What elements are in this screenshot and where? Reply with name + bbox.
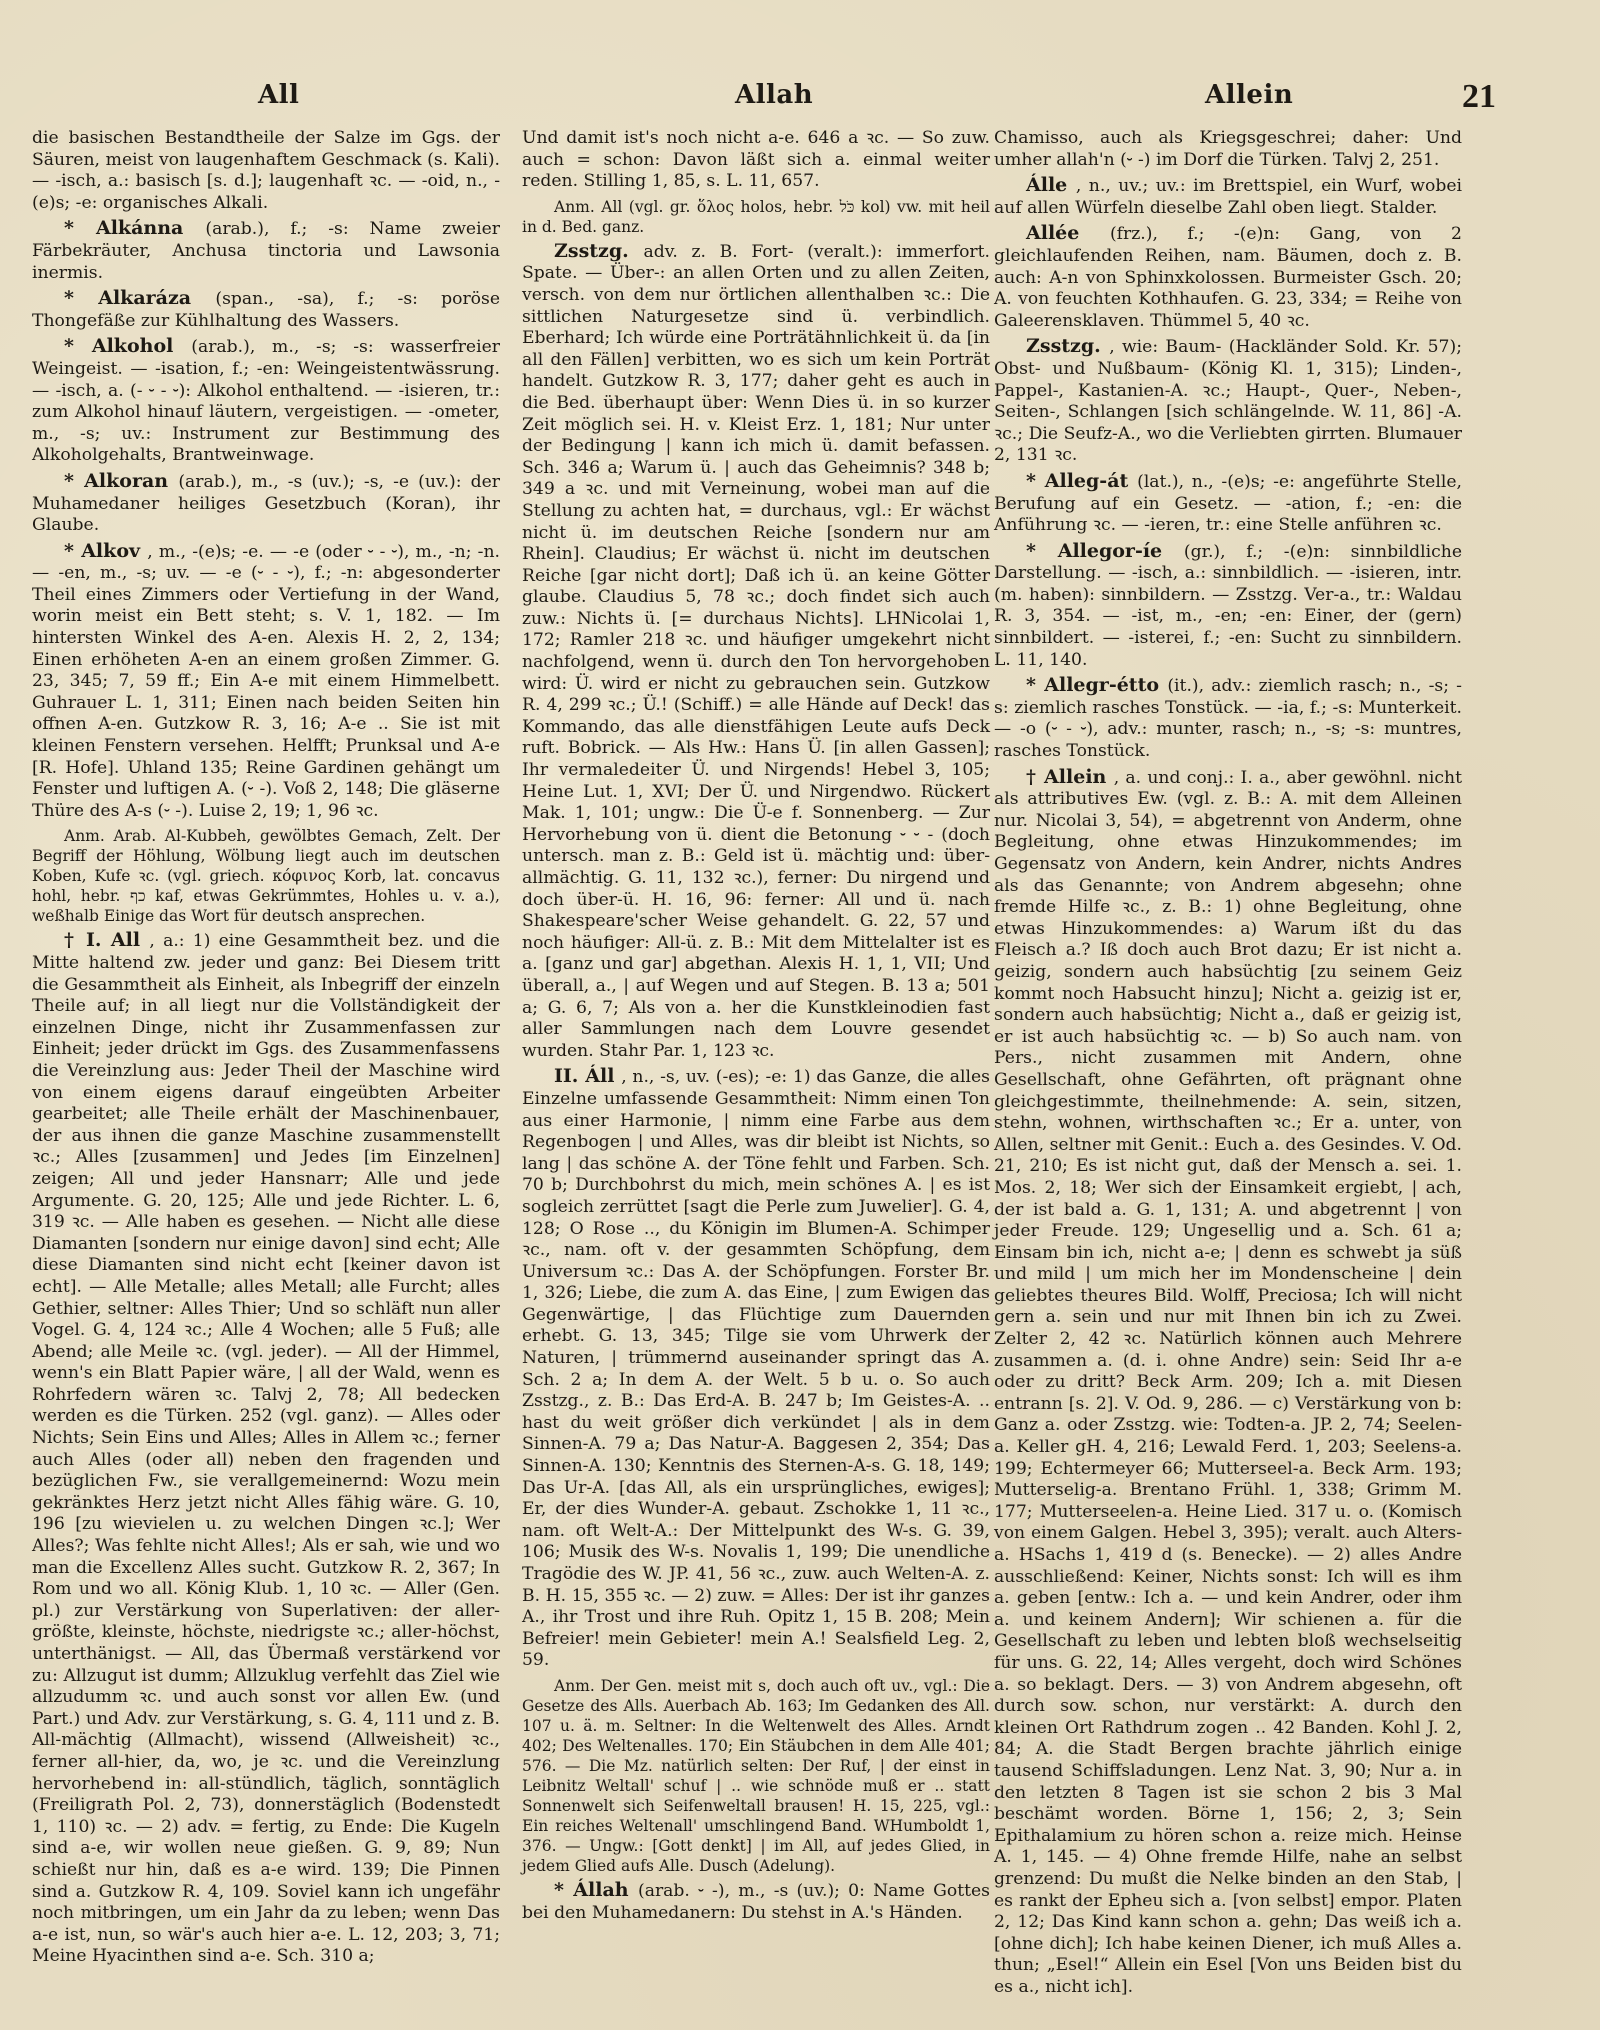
running-head-center: Allah bbox=[735, 80, 813, 110]
dictionary-note: Anm. Arab. Al-Kubbeh, gewölbtes Gemach, … bbox=[32, 826, 500, 926]
dictionary-entry: * Alleg-át (lat.), n., -(e)s; -e: angefü… bbox=[994, 471, 1462, 537]
dictionary-entry: Zsstzg. , wie: Baum- (Hackländer Sold. K… bbox=[994, 336, 1462, 467]
dictionary-note: Anm. Der Gen. meist mit s, doch auch oft… bbox=[522, 1676, 990, 1876]
dictionary-entry: * Alkánna (arab.), f.; -s: Name zweier F… bbox=[32, 218, 500, 284]
entry-headword: * Allegor-íe bbox=[1026, 540, 1184, 562]
dictionary-entry: die basischen Bestandtheile der Salze im… bbox=[32, 128, 500, 214]
entry-body: Anm. Arab. Al-Kubbeh, gewölbtes Gemach, … bbox=[32, 827, 500, 925]
entry-headword: * Alkaráza bbox=[64, 287, 215, 309]
entry-headword: Allée bbox=[1026, 222, 1110, 244]
dictionary-entry: * Alkohol (arab.), m., -s; -s: wasserfre… bbox=[32, 336, 500, 467]
entry-headword: * Alkánna bbox=[64, 217, 205, 239]
entry-body: Anm. All (vgl. gr. ὅλος holos, hebr. כֹּ… bbox=[522, 198, 990, 236]
entry-body: Anm. Der Gen. meist mit s, doch auch oft… bbox=[522, 1677, 990, 1875]
dictionary-entry: II. Áll , n., -s, uv. (-es); -e: 1) das … bbox=[522, 1066, 990, 1672]
entry-headword: Zsstzg. bbox=[554, 240, 644, 262]
dictionary-entry: * Allegr-étto (it.), adv.: ziemlich rasc… bbox=[994, 675, 1462, 762]
entry-body: , n., -s, uv. (-es); -e: 1) das Ganze, d… bbox=[522, 1067, 990, 1670]
dictionary-entry: Chamisso, auch als Kriegsgeschrei; daher… bbox=[994, 128, 1462, 171]
dictionary-note: Anm. All (vgl. gr. ὅλος holos, hebr. כֹּ… bbox=[522, 197, 990, 237]
column-right: Chamisso, auch als Kriegsgeschrei; daher… bbox=[994, 128, 1462, 2002]
running-header: All Allah Allein 21 bbox=[0, 70, 1600, 130]
entry-headword: * Alkohol bbox=[64, 335, 191, 357]
entry-body: , a.: 1) eine Gesammtheit bez. und die M… bbox=[32, 931, 500, 1966]
dictionary-entry: * Alkov , m., -(e)s; -e. — -e (oder ⏑ - … bbox=[32, 541, 500, 823]
dictionary-entry: † I. All , a.: 1) eine Gesammtheit bez. … bbox=[32, 930, 500, 1968]
running-head-left: All bbox=[258, 80, 299, 110]
dictionary-entry: † Allein , a. und conj.: I. a., aber gew… bbox=[994, 767, 1462, 1999]
dictionary-entry: Und damit ist's noch nicht a-e. 646 a ꝛc… bbox=[522, 128, 990, 193]
entry-headword: Álle bbox=[1026, 174, 1076, 196]
entry-headword: * Allegr-étto bbox=[1026, 674, 1167, 696]
dictionary-entry: Álle , n., uv.; uv.: im Brettspiel, ein … bbox=[994, 175, 1462, 219]
entry-headword: II. Áll bbox=[554, 1065, 621, 1087]
entry-body: , m., -(e)s; -e. — -e (oder ⏑ - ⏑), m., … bbox=[32, 542, 500, 821]
column-middle: Und damit ist's noch nicht a-e. 646 a ꝛc… bbox=[522, 128, 990, 1928]
entry-headword: * Alleg-át bbox=[1026, 470, 1137, 492]
entry-body: Und damit ist's noch nicht a-e. 646 a ꝛc… bbox=[522, 128, 990, 191]
entry-headword: Zsstzg. bbox=[1026, 335, 1109, 357]
entry-body: Chamisso, auch als Kriegsgeschrei; daher… bbox=[994, 128, 1462, 170]
entry-headword: * Alkoran bbox=[64, 470, 178, 492]
dictionary-entry: * Alkoran (arab.), m., -s (uv.); -s, -e … bbox=[32, 471, 500, 537]
entry-body: adv. z. B. Fort- (veralt.): immerfort. S… bbox=[522, 242, 990, 1061]
page-number: 21 bbox=[1462, 78, 1496, 116]
running-head-right: Allein bbox=[1205, 80, 1293, 110]
entry-body: die basischen Bestandtheile der Salze im… bbox=[32, 128, 500, 213]
entry-headword: * Alkov bbox=[64, 540, 147, 562]
column-left: die basischen Bestandtheile der Salze im… bbox=[32, 128, 500, 1972]
entry-body: , a. und conj.: I. a., aber gewöhnl. nic… bbox=[994, 768, 1462, 1997]
dictionary-entry: Allée (frz.), f.; -(e)n: Gang, von 2 gle… bbox=[994, 223, 1462, 332]
dictionary-entry: * Allegor-íe (gr.), f.; -(e)n: sinnbildl… bbox=[994, 541, 1462, 672]
dictionary-entry: Zsstzg. adv. z. B. Fort- (veralt.): imme… bbox=[522, 241, 990, 1063]
entry-headword: * Állah bbox=[554, 1879, 638, 1901]
entry-headword: † I. All bbox=[64, 929, 149, 951]
dictionary-entry: * Állah (arab. ⏑ -), m., -s (uv.); 0: Na… bbox=[522, 1880, 990, 1924]
entry-headword: † Allein bbox=[1026, 766, 1114, 788]
dictionary-entry: * Alkaráza (span., -sa), f.; -s: poröse … bbox=[32, 288, 500, 332]
